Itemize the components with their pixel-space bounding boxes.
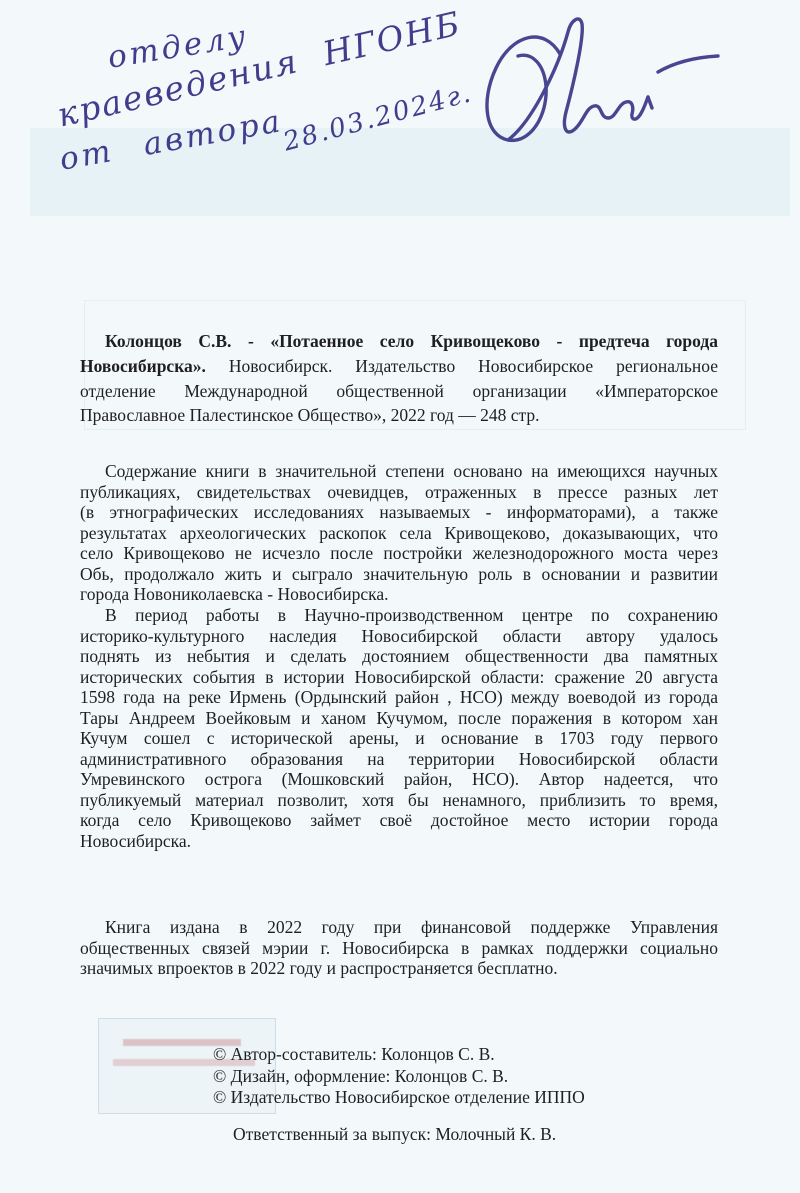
bibliographic-title-paragraph: Колонцов С.В. - «Потаенное село Кривощек… — [80, 329, 718, 428]
text-line: Обь, продолжало жить и сыграло значитель… — [80, 564, 718, 585]
text-line: © Автор-составитель: Колонцов С. В. — [213, 1044, 585, 1066]
text-segment: Православное Палестинское Общество», 202… — [80, 405, 540, 425]
body-paragraph-2: В период работы в Научно-производственно… — [80, 605, 718, 851]
text-segment: результатах археологических раскопок сел… — [80, 523, 718, 543]
text-segment: публикуемый материал позволит, хотя бы н… — [80, 790, 718, 810]
text-line: село Кривощеково не исчезло после постро… — [80, 543, 718, 564]
text-line: Книга издана в 2022 году при финансовой … — [80, 917, 718, 938]
text-line: историко-культурного наследия Новосибирс… — [80, 626, 718, 647]
text-segment: © Издательство Новосибирское отделение И… — [213, 1087, 585, 1107]
text-segment: Обь, продолжало жить и сыграло значитель… — [80, 564, 718, 584]
text-line: © Дизайн, оформление: Колонцов С. В. — [213, 1066, 585, 1088]
text-segment: общественных связей мэрии г. Новосибирск… — [80, 938, 718, 958]
text-segment: историко-культурного наследия Новосибирс… — [80, 626, 718, 646]
text-segment: (в этнографических исследованиях называе… — [80, 502, 718, 522]
bold-text-segment: Колонцов С.В. - «Потаенное село Кривощек… — [105, 331, 718, 351]
copyright-block: © Автор-составитель: Колонцов С. В.© Диз… — [213, 1044, 585, 1109]
text-line: результатах археологических раскопок сел… — [80, 523, 718, 544]
text-line: публикациях, свидетельствах очевидцев, о… — [80, 482, 718, 503]
text-line: отделение Международной общественной орг… — [80, 379, 718, 404]
text-line: Православное Палестинское Общество», 202… — [80, 403, 718, 428]
text-segment: исторических события в истории Новосибир… — [80, 667, 718, 687]
text-line: Кучум сошел с исторической арены, и осно… — [80, 728, 718, 749]
text-line: В период работы в Научно-производственно… — [80, 605, 718, 626]
text-segment: Содержание книги в значительной степени … — [105, 461, 718, 481]
responsible-for-issue-line: Ответственный за выпуск: Молочный К. В. — [233, 1124, 556, 1145]
text-segment: © Дизайн, оформление: Колонцов С. В. — [213, 1066, 508, 1086]
text-segment: Книга издана в 2022 году при финансовой … — [105, 917, 718, 937]
text-segment: В период работы в Научно-производственно… — [105, 605, 718, 625]
body-paragraph-1: Содержание книги в значительной степени … — [80, 461, 718, 605]
text-line: административного образования на террито… — [80, 749, 718, 770]
text-segment: Умревинского острога (Мошковский район, … — [80, 769, 718, 789]
text-line: публикуемый материал позволит, хотя бы н… — [80, 790, 718, 811]
text-line: города Новониколаевска - Новосибирска. — [80, 584, 718, 605]
text-line: поднять из небытия и сделать достоянием … — [80, 646, 718, 667]
text-segment: село Кривощеково не исчезло после постро… — [80, 543, 718, 563]
text-segment: публикациях, свидетельствах очевидцев, о… — [80, 482, 718, 502]
text-segment: 1598 года на реке Ирмень (Ордынский райо… — [80, 687, 718, 707]
scanned-book-page: отделу краеведения НГОНБ от автора 28.03… — [0, 0, 800, 1193]
text-line: Тары Андреем Воейковым и ханом Кучумом, … — [80, 708, 718, 729]
text-segment: Новосибирск. Издательство Новосибирское … — [206, 356, 718, 376]
text-line: (в этнографических исследованиях называе… — [80, 502, 718, 523]
text-segment: Тары Андреем Воейковым и ханом Кучумом, … — [80, 708, 718, 728]
text-segment: поднять из небытия и сделать достоянием … — [80, 646, 718, 666]
text-line: Новосибирска». Новосибирск. Издательство… — [80, 354, 718, 379]
bold-text-segment: Новосибирска». — [80, 356, 206, 376]
text-line: общественных связей мэрии г. Новосибирск… — [80, 938, 718, 959]
text-segment: Новосибирска. — [80, 831, 191, 851]
text-line: когда село Кривощеково займет своё досто… — [80, 810, 718, 831]
text-segment: города Новониколаевска - Новосибирска. — [80, 584, 388, 604]
signature-flourish-icon — [472, 10, 722, 152]
text-line: значимых впроектов в 2022 году и распрос… — [80, 958, 718, 979]
text-line: Колонцов С.В. - «Потаенное село Кривощек… — [80, 329, 718, 354]
text-segment: административного образования на террито… — [80, 749, 718, 769]
text-segment: Кучум сошел с исторической арены, и осно… — [80, 728, 718, 748]
body-paragraph-3: Книга издана в 2022 году при финансовой … — [80, 917, 718, 979]
text-segment: отделение Международной общественной орг… — [80, 381, 718, 401]
text-segment: © Автор-составитель: Колонцов С. В. — [213, 1044, 495, 1064]
text-line: Новосибирска. — [80, 831, 718, 852]
text-line: © Издательство Новосибирское отделение И… — [213, 1087, 585, 1109]
text-segment: значимых впроектов в 2022 году и распрос… — [80, 958, 558, 978]
text-line: Содержание книги в значительной степени … — [80, 461, 718, 482]
text-line: исторических события в истории Новосибир… — [80, 667, 718, 688]
text-line: Умревинского острога (Мошковский район, … — [80, 769, 718, 790]
text-segment: когда село Кривощеково займет своё досто… — [80, 810, 718, 830]
text-line: 1598 года на реке Ирмень (Ордынский райо… — [80, 687, 718, 708]
